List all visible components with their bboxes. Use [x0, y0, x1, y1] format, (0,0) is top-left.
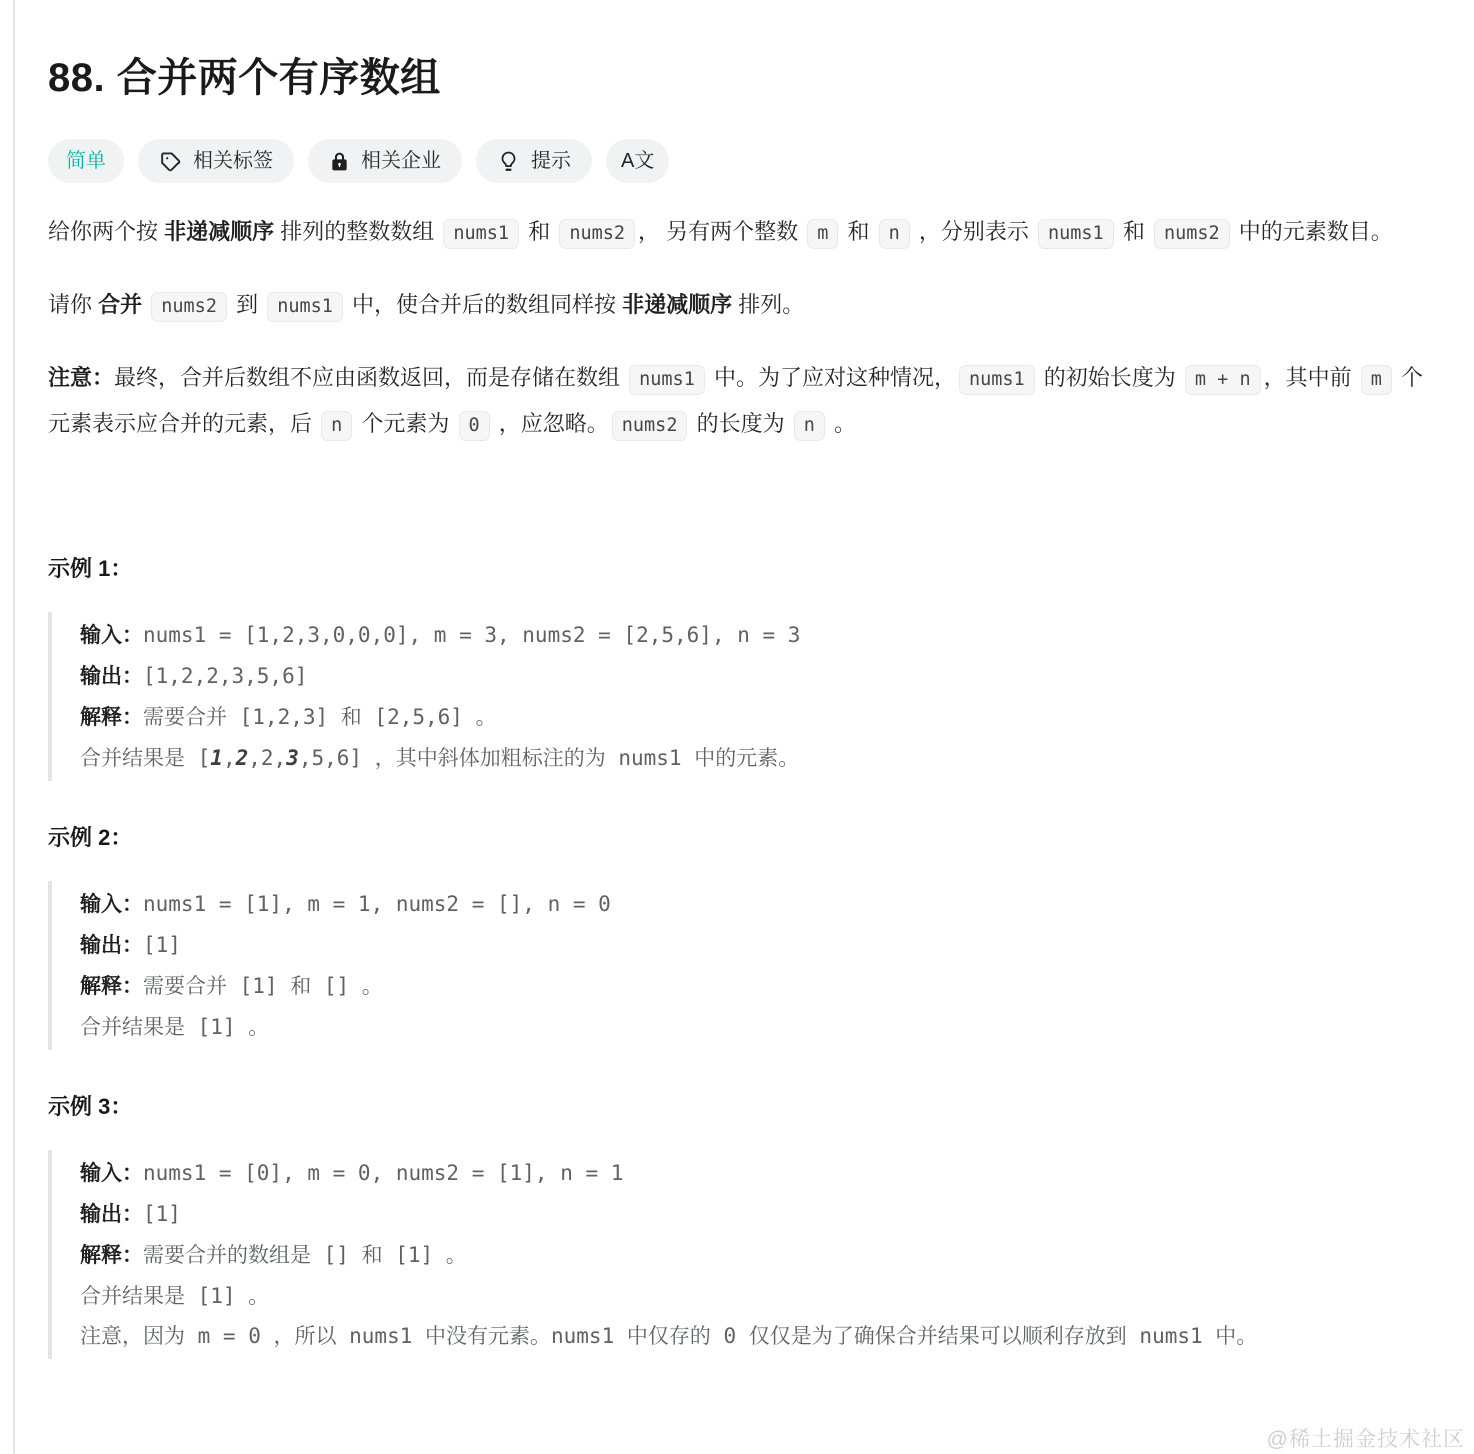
example-line: 解释：需要合并 [1,2,3] 和 [2,5,6] 。	[80, 697, 1426, 738]
example-line: 输出：[1,2,2,3,5,6]	[80, 656, 1426, 697]
lightbulb-icon	[497, 150, 520, 173]
inline-code: nums1	[629, 365, 705, 395]
example-line: 合并结果是 [1,2,2,3,5,6] ，其中斜体加粗标注的为 nums1 中的…	[80, 738, 1426, 778]
inline-code: nums1	[959, 365, 1035, 395]
example-2-heading: 示例 2：	[48, 821, 1426, 852]
example-line: 解释：需要合并的数组是 [] 和 [1] 。	[80, 1235, 1426, 1276]
example-1-block: 输入：nums1 = [1,2,3,0,0,0], m = 3, nums2 =…	[48, 612, 1426, 781]
example-line: 合并结果是 [1] 。	[80, 1007, 1426, 1047]
example-2-block: 输入：nums1 = [1], m = 1, nums2 = [], n = 0…	[48, 881, 1426, 1050]
inline-code: m + n	[1185, 365, 1261, 395]
related-companies-label: 相关企业	[361, 148, 441, 174]
example-1-heading: 示例 1：	[48, 552, 1426, 583]
example-2: 示例 2： 输入：nums1 = [1], m = 1, nums2 = [],…	[48, 821, 1426, 1050]
hint-button[interactable]: 提示	[476, 139, 592, 183]
inline-code: n	[794, 411, 825, 441]
example-3-block: 输入：nums1 = [0], m = 0, nums2 = [1], n = …	[48, 1150, 1426, 1359]
example-line: 输入：nums1 = [0], m = 0, nums2 = [1], n = …	[80, 1153, 1426, 1194]
inline-code: nums2	[1154, 219, 1230, 249]
related-tags-label: 相关标签	[193, 148, 273, 174]
watermark: @稀土掘金技术社区	[1267, 1423, 1465, 1453]
example-line: 注意，因为 m = 0 ，所以 nums1 中没有元素。nums1 中仅存的 0…	[80, 1316, 1426, 1356]
left-divider	[13, 0, 15, 1454]
inline-code: 0	[459, 411, 490, 441]
example-3-heading: 示例 3：	[48, 1090, 1426, 1121]
example-line: 输出：[1]	[80, 925, 1426, 966]
translate-icon: A文	[621, 148, 654, 174]
example-3: 示例 3： 输入：nums1 = [0], m = 0, nums2 = [1]…	[48, 1090, 1426, 1359]
example-line: 输入：nums1 = [1], m = 1, nums2 = [], n = 0	[80, 884, 1426, 925]
inline-code: n	[879, 219, 910, 249]
inline-code: nums1	[267, 292, 343, 322]
tag-icon	[159, 150, 182, 173]
example-1: 示例 1： 输入：nums1 = [1,2,3,0,0,0], m = 3, n…	[48, 552, 1426, 781]
inline-code: nums2	[559, 219, 635, 249]
problem-page: 88. 合并两个有序数组 简单 相关标签	[0, 0, 1474, 1454]
hint-label: 提示	[531, 148, 571, 174]
translate-button[interactable]: A文	[606, 139, 669, 183]
spacer	[48, 448, 1426, 512]
description-paragraph-1: 给你两个按 非递减顺序 排列的整数数组 nums1 和 nums2， 另有两个整…	[48, 210, 1426, 256]
difficulty-badge[interactable]: 简单	[48, 139, 124, 183]
badges-row: 简单 相关标签 相关企业	[48, 139, 1426, 183]
inline-code: nums1	[1038, 219, 1114, 249]
example-line: 合并结果是 [1] 。	[80, 1276, 1426, 1316]
inline-code: nums2	[612, 411, 688, 441]
related-tags-button[interactable]: 相关标签	[138, 139, 294, 183]
example-line: 输出：[1]	[80, 1194, 1426, 1235]
inline-code: nums2	[151, 292, 227, 322]
lock-icon	[329, 151, 350, 172]
problem-content: 88. 合并两个有序数组 简单 相关标签	[0, 0, 1474, 1359]
inline-code: nums1	[443, 219, 519, 249]
page-title: 88. 合并两个有序数组	[48, 46, 1426, 103]
description-paragraph-2: 请你 合并 nums2 到 nums1 中，使合并后的数组同样按 非递减顺序 排…	[48, 283, 1426, 329]
inline-code: m	[1361, 365, 1392, 395]
description-paragraph-3: 注意：最终，合并后数组不应由函数返回，而是存储在数组 nums1 中。为了应对这…	[48, 356, 1426, 448]
example-line: 输入：nums1 = [1,2,3,0,0,0], m = 3, nums2 =…	[80, 615, 1426, 656]
example-line: 解释：需要合并 [1] 和 [] 。	[80, 966, 1426, 1007]
inline-code: n	[321, 411, 352, 441]
inline-code: m	[807, 219, 838, 249]
related-companies-button[interactable]: 相关企业	[308, 139, 462, 183]
